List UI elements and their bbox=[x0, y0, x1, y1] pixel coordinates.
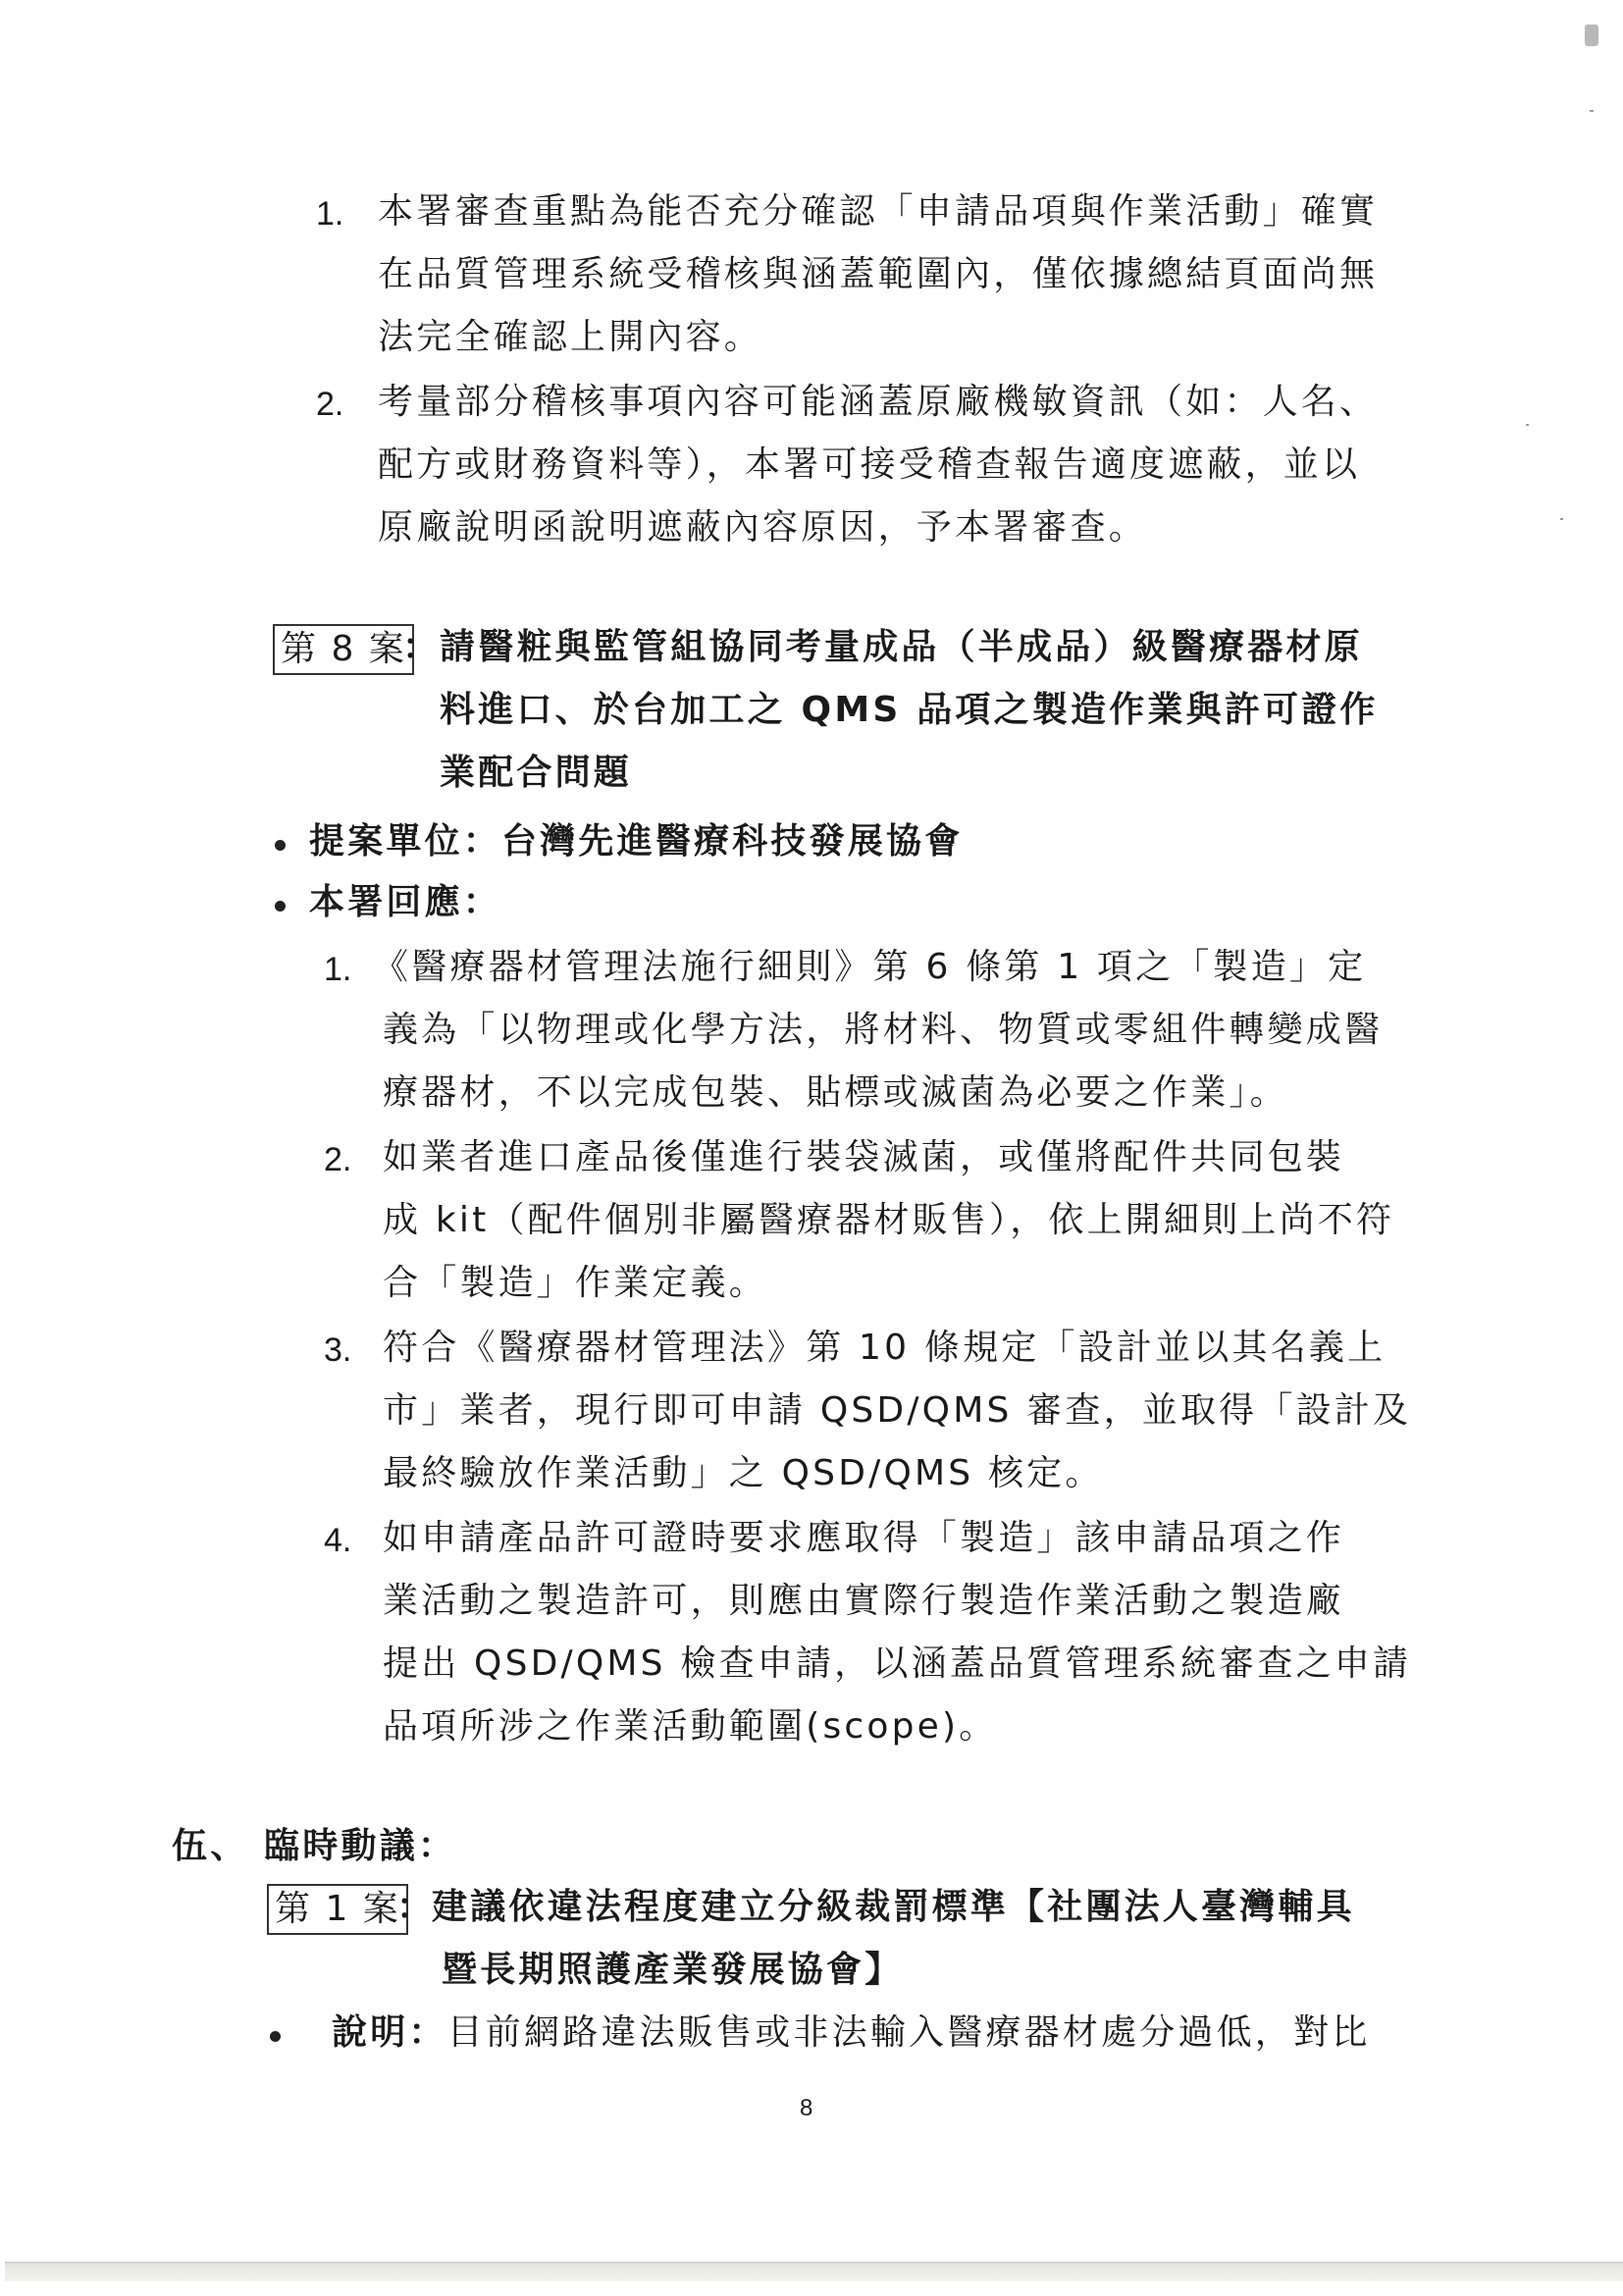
item-line: 業活動之製造許可，則應由實際行製造作業活動之製造廠 bbox=[383, 1582, 1344, 1621]
response-label: 本署回應： bbox=[309, 883, 501, 922]
item-line: 如申請產品許可證時要求應取得「製造」該申請品項之作 bbox=[383, 1519, 1344, 1558]
case-colon: ： bbox=[402, 628, 441, 667]
item-line: 如業者進口產品後僅進行裝袋滅菌，或僅將配件共同包裝 bbox=[383, 1138, 1344, 1177]
item-line: 最終驗放作業活動」之 QSD/QMS 核定。 bbox=[383, 1454, 1104, 1493]
item-line: 成 kit（配件個別非屬醫療器材販售），依上開細則上尚不符 bbox=[383, 1201, 1394, 1240]
item-line: 市」業者，現行即可申請 QSD/QMS 審查，並取得「設計及 bbox=[383, 1391, 1411, 1431]
case-title-line: 業配合問題 bbox=[440, 754, 632, 793]
bullet-icon bbox=[275, 840, 286, 851]
scan-speck bbox=[1590, 110, 1594, 112]
bullet-icon bbox=[270, 2031, 281, 2042]
item-line: 療器材，不以完成包裝、貼標或滅菌為必要之作業」。 bbox=[383, 1073, 1288, 1113]
scan-speck bbox=[1526, 424, 1529, 426]
proposer-row: 提案單位：台灣先進醫療科技發展協會 bbox=[309, 822, 963, 861]
item-line: 本署審查重點為能否充分確認「申請品項與作業活動」確實 bbox=[378, 192, 1378, 232]
proposer-value: 台灣先進醫療科技發展協會 bbox=[501, 821, 963, 861]
scan-edge-artifact bbox=[5, 2262, 1623, 2281]
item-line: 原廠說明函說明遮蔽內容原因，予本署審查。 bbox=[378, 508, 1147, 548]
case-number-box: 第 1 案 bbox=[267, 1884, 408, 1935]
case-number-box: 第 8 案 bbox=[273, 624, 414, 675]
item-line: 品項所涉之作業活動範圍(scope)。 bbox=[383, 1707, 997, 1747]
explanation-text: 目前網路違法販售或非法輸入醫療器材處分過低，對比 bbox=[447, 2012, 1371, 2053]
item-line: 考量部分稽核事項內容可能涵蓋原廠機敏資訊（如：人名、 bbox=[378, 383, 1378, 422]
bullet-icon bbox=[275, 901, 286, 912]
item-number: 3. bbox=[324, 1331, 351, 1370]
item-line: 義為「以物理或化學方法，將材料、物質或零組件轉變成醫 bbox=[383, 1011, 1383, 1050]
item-number: 1. bbox=[324, 950, 351, 989]
item-line: 《醫療器材管理法施行細則》第 6 條第 1 項之「製造」定 bbox=[373, 948, 1366, 987]
case-title-line: 暨長期照護產業發展協會】 bbox=[442, 1951, 903, 1990]
item-line: 配方或財務資料等），本署可接受稽查報告適度遮蔽，並以 bbox=[378, 445, 1360, 485]
item-number: 2. bbox=[324, 1140, 351, 1179]
item-line: 合「製造」作業定義。 bbox=[383, 1264, 767, 1303]
scan-speck bbox=[1585, 25, 1598, 46]
case-title-line: 請醫粧與監管組協同考量成品（半成品）級醫療器材原 bbox=[440, 628, 1363, 667]
item-line: 符合《醫療器材管理法》第 10 條規定「設計並以其名義上 bbox=[383, 1329, 1386, 1368]
item-line: 在品質管理系統受稽核與涵蓋範圍內，僅依據總結頁面尚無 bbox=[378, 255, 1378, 294]
explanation-label: 說明： bbox=[332, 2012, 447, 2053]
item-line: 提出 QSD/QMS 檢查申請，以涵蓋品質管理系統審查之申請 bbox=[383, 1644, 1411, 1684]
case-title-line: 建議依違法程度建立分級裁罰標準【社團法人臺灣輔具 bbox=[432, 1888, 1355, 1927]
item-number: 2. bbox=[316, 385, 343, 424]
page-number: 8 bbox=[800, 2095, 812, 2122]
explanation-row: 說明：目前網路違法販售或非法輸入醫療器材處分過低，對比 bbox=[332, 2013, 1370, 2053]
scan-speck bbox=[1560, 518, 1563, 520]
item-line: 法完全確認上開內容。 bbox=[378, 318, 762, 357]
proposer-label: 提案單位： bbox=[309, 821, 501, 861]
item-number: 4. bbox=[324, 1521, 351, 1560]
item-number: 1. bbox=[316, 194, 343, 234]
case-title-line: 料進口、於台加工之 QMS 品項之製造作業與許可證作 bbox=[440, 691, 1379, 730]
section-heading: 伍、 臨時動議： bbox=[172, 1827, 456, 1866]
case-colon: ： bbox=[396, 1888, 435, 1927]
